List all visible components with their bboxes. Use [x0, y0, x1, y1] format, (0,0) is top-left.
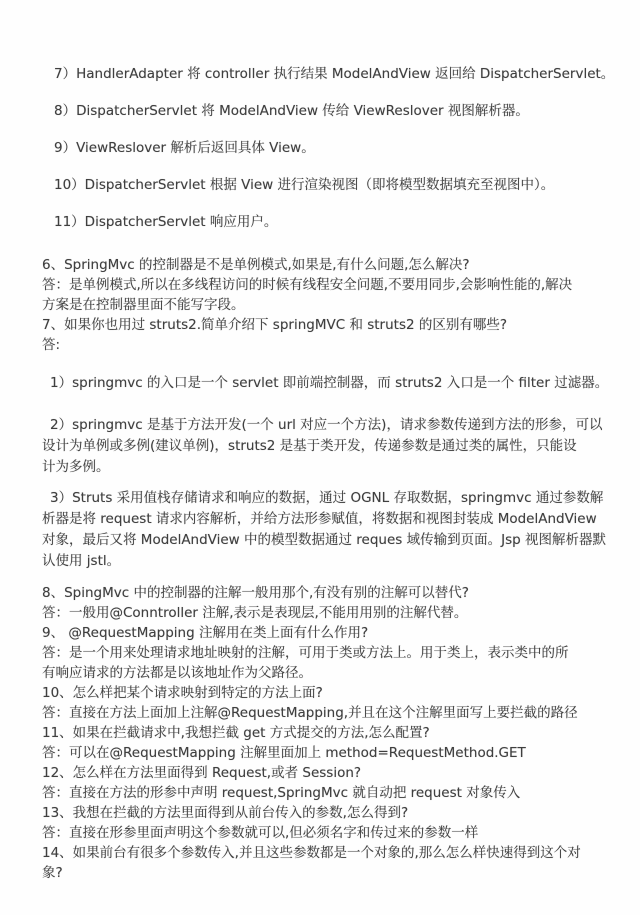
- diff-point-3: 3）Struts 采用值栈存储请求和响应的数据，通过 OGNL 存取数据，spr…: [42, 488, 610, 572]
- diff-point-2: 2）springmvc 是基于方法开发(一个 url 对应一个方法)，请求参数传…: [42, 415, 610, 478]
- diff-point-3-line: 析器是将 request 请求内容解析，并给方法形参赋值，将数据和视图封装成 M…: [42, 509, 610, 530]
- question-7: 7、如果你也用过 struts2.简单介绍下 springMVC 和 strut…: [42, 315, 610, 335]
- dispatch-flow-steps: 7）HandlerAdapter 将 controller 执行结果 Model…: [42, 64, 610, 232]
- question-13: 13、我想在拦截的方法里面得到从前台传入的参数,怎么得到?: [42, 803, 610, 823]
- flow-step-10: 10）DispatcherServlet 根据 View 进行渲染视图（即将模型…: [42, 175, 610, 195]
- question-14-line-2: 象?: [42, 863, 610, 883]
- answer-10: 答：直接在方法上面加上注解@RequestMapping,并且在这个注解里面写上…: [42, 703, 610, 723]
- struts-diff-points: 1）springmvc 的入口是一个 servlet 即前端控制器，而 stru…: [42, 373, 610, 572]
- answer-9-line-2: 有响应请求的方法都是以该地址作为父路径。: [42, 663, 610, 683]
- diff-point-3-line: 3）Struts 采用值栈存储请求和响应的数据，通过 OGNL 存取数据，spr…: [42, 488, 610, 509]
- question-9: 9、 @RequestMapping 注解用在类上面有什么作用?: [42, 623, 610, 643]
- answer-11: 答：可以在@RequestMapping 注解里面加上 method=Reque…: [42, 743, 610, 763]
- answer-7-label: 答:: [42, 335, 610, 355]
- flow-step-7: 7）HandlerAdapter 将 controller 执行结果 Model…: [42, 64, 610, 84]
- flow-step-8: 8）DispatcherServlet 将 ModelAndView 传给 Vi…: [42, 101, 610, 121]
- diff-point-3-line: 对象，最后又将 ModelAndView 中的模型数据通过 reques 域传输…: [42, 530, 610, 551]
- diff-point-1-line: 1）springmvc 的入口是一个 servlet 即前端控制器，而 stru…: [42, 373, 610, 394]
- qa-section-1: 6、SpringMvc 的控制器是不是单例模式,如果是,有什么问题,怎么解决? …: [42, 255, 610, 355]
- answer-6-line-1: 答：是单例模式,所以在多线程访问的时候有线程安全问题,不要用同步,会影响性能的,…: [42, 275, 610, 295]
- diff-point-1: 1）springmvc 的入口是一个 servlet 即前端控制器，而 stru…: [42, 373, 610, 394]
- diff-point-2-line: 设计为单例或多例(建议单例)，struts2 是基于类开发，传递参数是通过类的属…: [42, 436, 610, 457]
- flow-step-11: 11）DispatcherServlet 响应用户。: [42, 212, 610, 232]
- answer-13: 答：直接在形参里面声明这个参数就可以,但必须名字和传过来的参数一样: [42, 823, 610, 843]
- diff-point-2-line: 2）springmvc 是基于方法开发(一个 url 对应一个方法)，请求参数传…: [42, 415, 610, 436]
- question-8: 8、SpingMvc 中的控制器的注解一般用那个,有没有别的注解可以替代?: [42, 583, 610, 603]
- answer-9-line-1: 答：是一个用来处理请求地址映射的注解，可用于类或方法上。用于类上，表示类中的所: [42, 643, 610, 663]
- answer-8: 答：一般用@Conntroller 注解,表示是表现层,不能用用别的注解代替。: [42, 603, 610, 623]
- diff-point-2-line: 计为多例。: [42, 457, 610, 478]
- question-11: 11、如果在拦截请求中,我想拦截 get 方式提交的方法,怎么配置?: [42, 723, 610, 743]
- question-14-line-1: 14、如果前台有很多个参数传入,并且这些参数都是一个对象的,那么怎么样快速得到这…: [42, 843, 610, 863]
- document-page: 7）HandlerAdapter 将 controller 执行结果 Model…: [0, 0, 640, 915]
- question-12: 12、怎么样在方法里面得到 Request,或者 Session?: [42, 763, 610, 783]
- question-10: 10、怎么样把某个请求映射到特定的方法上面?: [42, 683, 610, 703]
- flow-step-9: 9）ViewReslover 解析后返回具体 View。: [42, 138, 610, 158]
- diff-point-3-line: 认使用 jstl。: [42, 551, 610, 572]
- answer-6-line-2: 方案是在控制器里面不能写字段。: [42, 295, 610, 315]
- question-6: 6、SpringMvc 的控制器是不是单例模式,如果是,有什么问题,怎么解决?: [42, 255, 610, 275]
- qa-section-2: 8、SpingMvc 中的控制器的注解一般用那个,有没有别的注解可以替代? 答：…: [42, 583, 610, 883]
- answer-12: 答：直接在方法的形参中声明 request,SpringMvc 就自动把 req…: [42, 783, 610, 803]
